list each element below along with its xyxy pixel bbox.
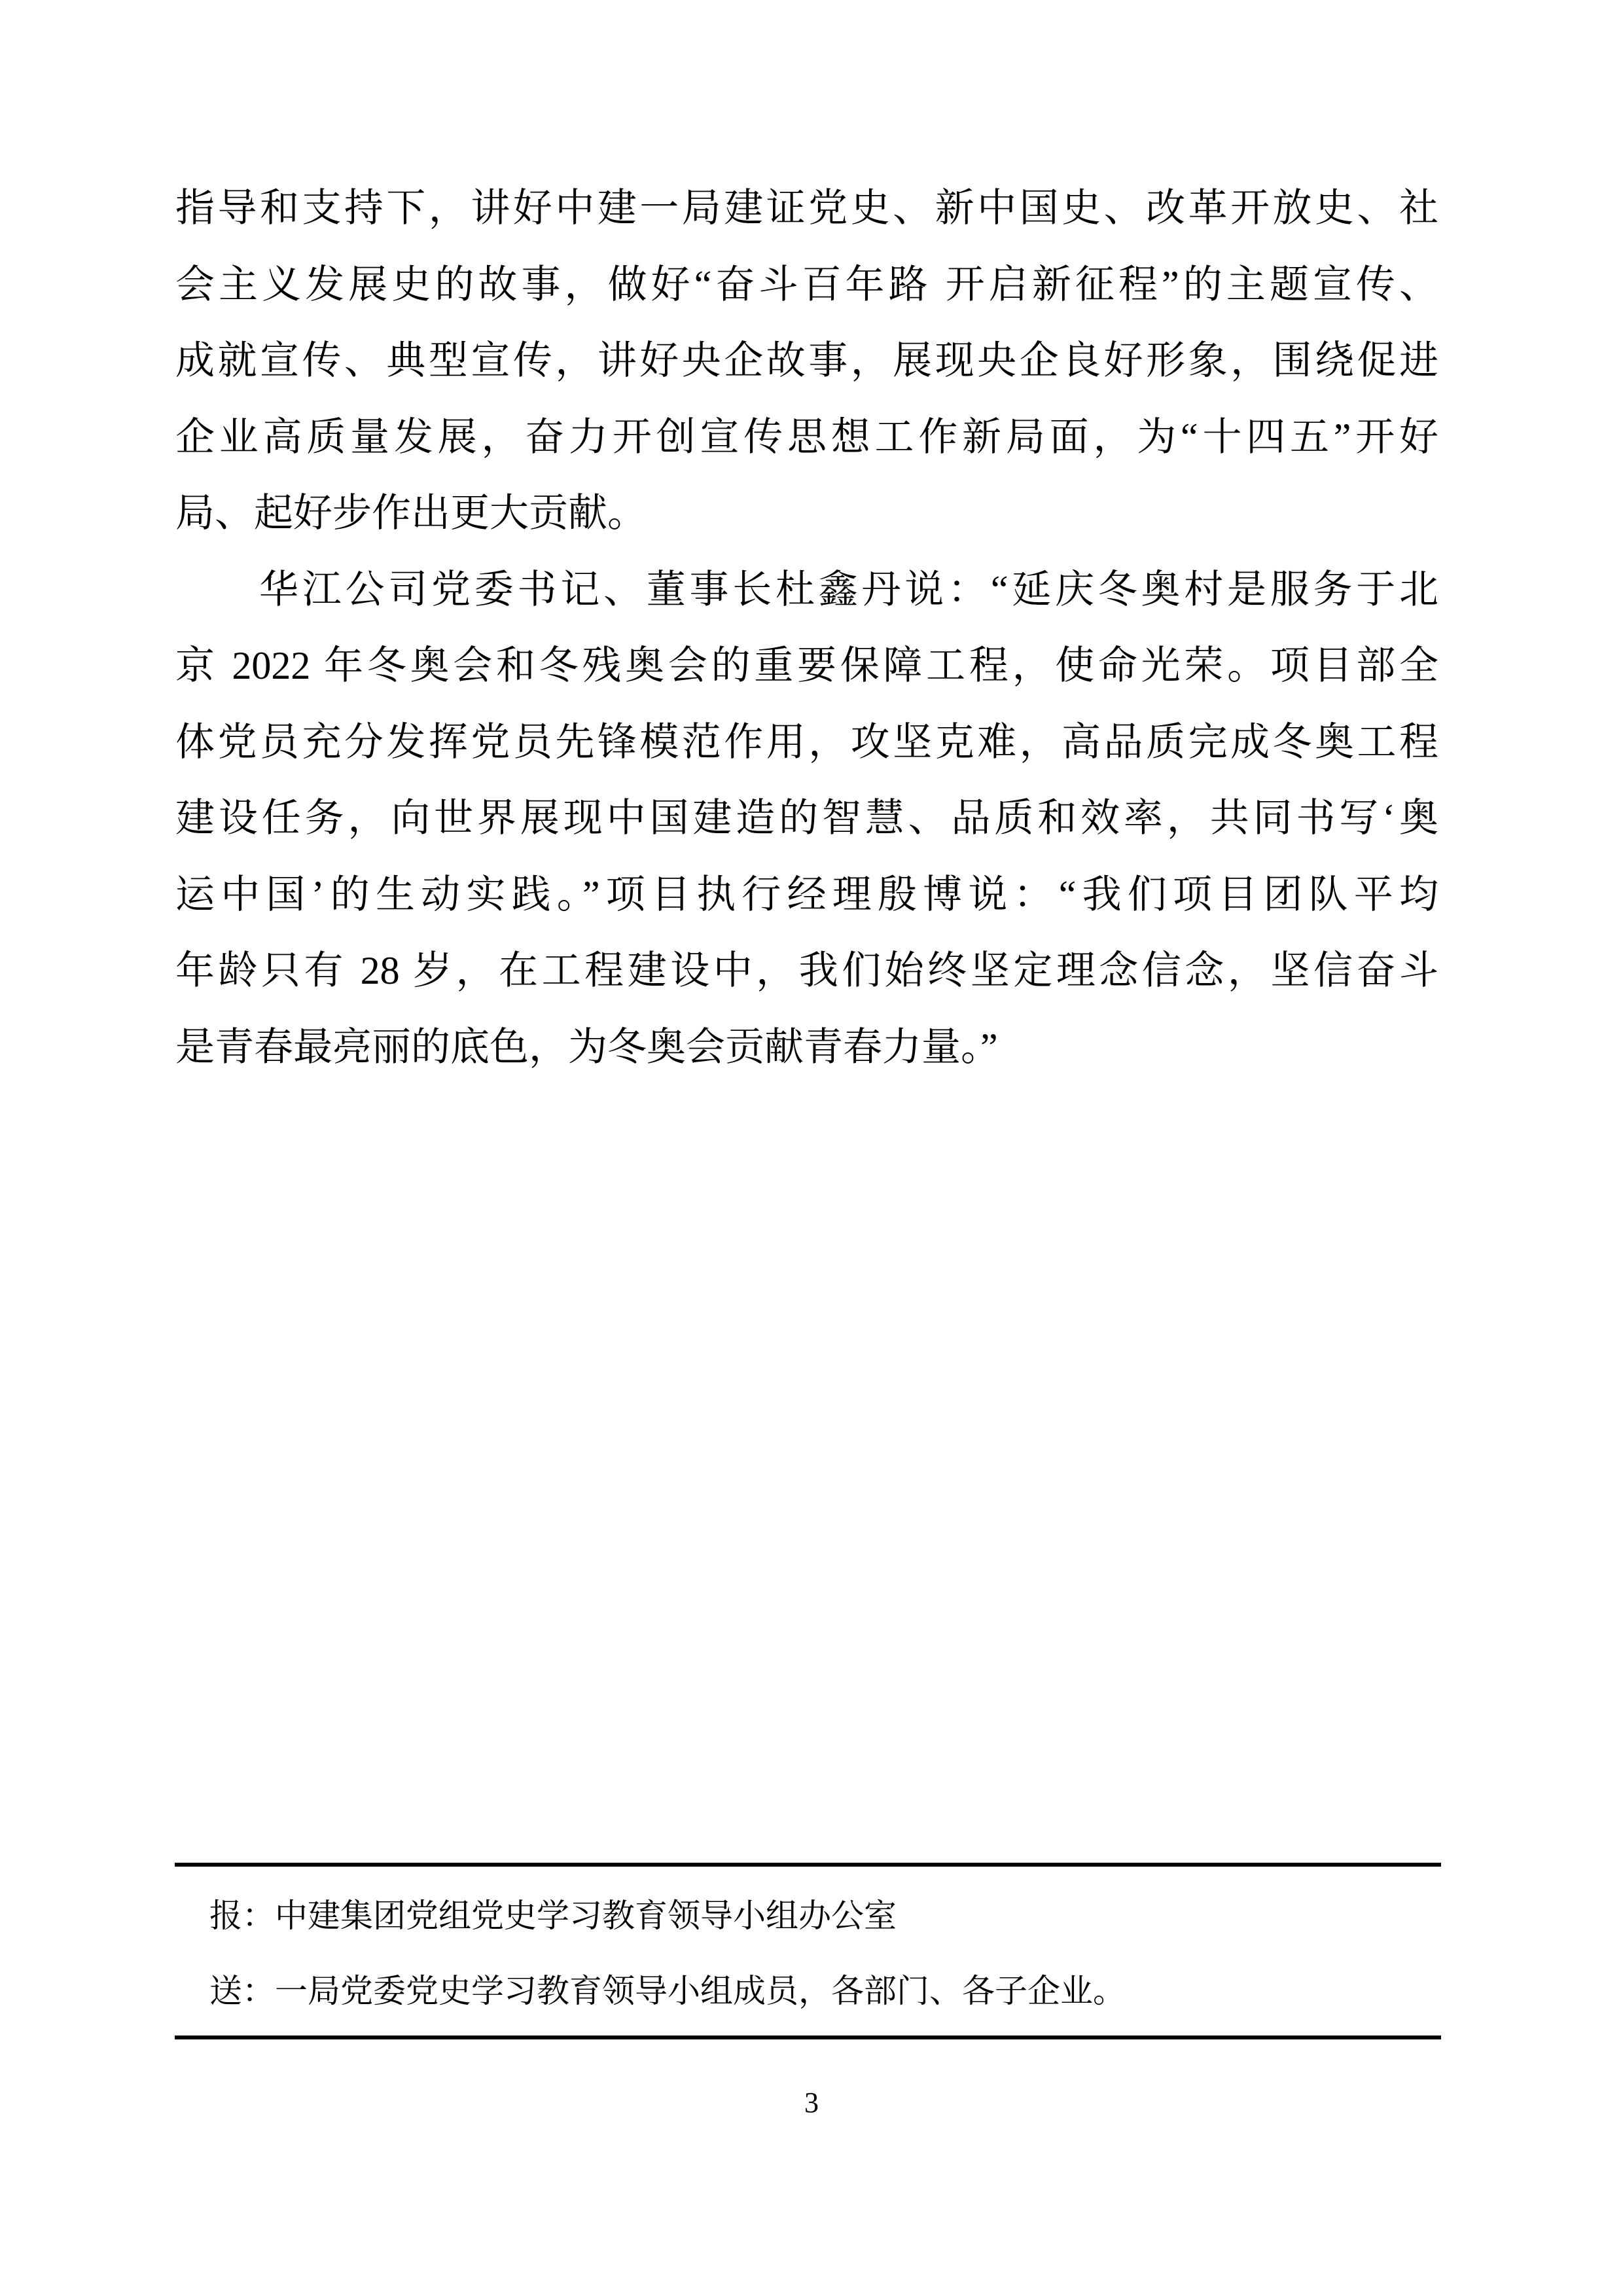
body-line: 会主义发展史的故事，做好“奋斗百年路 开启新征程”的主题宣传、 bbox=[175, 247, 1438, 323]
body-line: 建设任务，向世界展现中国建造的智慧、品质和效率，共同书写‘奥 bbox=[175, 780, 1438, 857]
body-line: 华江公司党委书记、董事长杜鑫丹说：“延庆冬奥村是服务于北 bbox=[175, 552, 1438, 628]
paragraph-1: 指导和支持下，讲好中建一局建证党史、新中国史、改革开放史、社 会主义发展史的故事… bbox=[175, 170, 1438, 552]
body-text-block: 指导和支持下，讲好中建一局建证党史、新中国史、改革开放史、社 会主义发展史的故事… bbox=[175, 170, 1438, 1085]
footer-bottom-rule bbox=[175, 2036, 1441, 2039]
body-line: 成就宣传、典型宣传，讲好央企故事，展现央企良好形象，围绕促进 bbox=[175, 323, 1438, 399]
body-line: 企业高质量发展，奋力开创宣传思想工作新局面，为“十四五”开好 bbox=[175, 399, 1438, 476]
body-line: 体党员充分发挥党员先锋模范作用，攻坚克难，高品质完成冬奥工程 bbox=[175, 704, 1438, 781]
footer-report-line: 报：中建集团党组党史学习教育领导小组办公室 bbox=[209, 1897, 897, 1935]
body-line: 指导和支持下，讲好中建一局建证党史、新中国史、改革开放史、社 bbox=[175, 170, 1438, 247]
document-page: 指导和支持下，讲好中建一局建证党史、新中国史、改革开放史、社 会主义发展史的故事… bbox=[0, 0, 1623, 2296]
body-line: 局、起好步作出更大贡献。 bbox=[175, 475, 1438, 552]
body-line: 京 2022 年冬奥会和冬残奥会的重要保障工程，使命光荣。项目部全 bbox=[175, 628, 1438, 704]
footer-top-rule bbox=[175, 1863, 1441, 1867]
page-number: 3 bbox=[0, 2087, 1623, 2119]
body-line: 是青春最亮丽的底色，为冬奥会贡献青春力量。” bbox=[175, 1009, 1438, 1086]
footer-send-line: 送：一局党委党史学习教育领导小组成员，各部门、各子企业。 bbox=[209, 1972, 1126, 2010]
body-line: 年龄只有 28 岁，在工程建设中，我们始终坚定理念信念，坚信奋斗 bbox=[175, 933, 1438, 1009]
paragraph-2: 华江公司党委书记、董事长杜鑫丹说：“延庆冬奥村是服务于北 京 2022 年冬奥会… bbox=[175, 552, 1438, 1086]
body-line: 运中国’的生动实践。”项目执行经理殷博说：“我们项目团队平均 bbox=[175, 857, 1438, 933]
